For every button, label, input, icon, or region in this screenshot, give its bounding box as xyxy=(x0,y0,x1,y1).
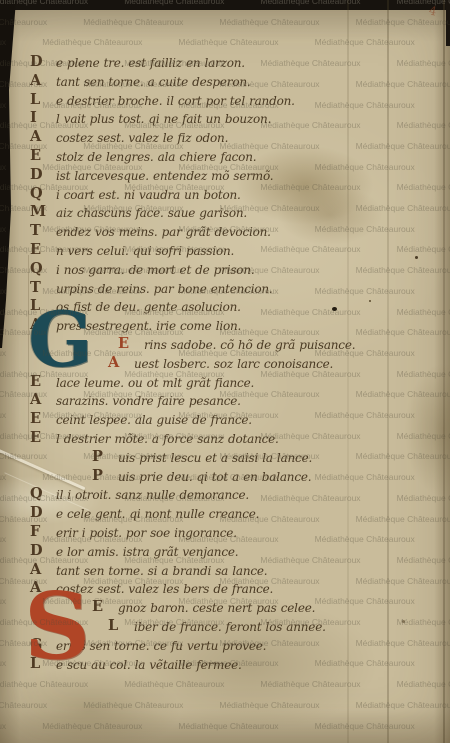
line-text: n vers celui. qui sofri passion. xyxy=(56,244,234,258)
line-initial: F xyxy=(30,523,56,540)
watermark-text: Médiathèque Châteauroux xyxy=(356,700,450,710)
line-initial: E xyxy=(30,429,56,446)
manuscript-line: Acostez sest. valez les bers de france. xyxy=(30,580,350,599)
ink-speck xyxy=(369,300,371,302)
watermark-text: Médiathèque Châteauroux xyxy=(0,721,6,731)
watermark-text: Médiathèque Châteauroux xyxy=(356,514,450,524)
line-initial: E xyxy=(92,598,118,615)
manuscript-line: Qi coart est. ni vaudra un boton. xyxy=(30,186,350,205)
line-initial: I xyxy=(30,109,56,126)
line-text: iber de france. feront los annee. xyxy=(134,620,326,634)
watermark-text: Médiathèque Châteauroux xyxy=(0,472,6,482)
scan-edge-right xyxy=(446,0,450,46)
watermark-text: Médiathèque Châteauroux xyxy=(356,17,450,27)
manuscript-line: Puis prie deu. qi tot a en balance. xyxy=(30,468,412,487)
line-initial: D xyxy=(30,504,56,521)
line-text: e destrier broche. il cort por tel rando… xyxy=(56,94,295,108)
line-text: tant sen torne. si a brandi sa lance. xyxy=(56,564,267,578)
line-text: erins sen torne. ce fu vertu provee. xyxy=(56,639,266,653)
line-text: e cele gent. qi nont nulle creance. xyxy=(56,507,259,521)
manuscript-line: Il vait plus tost. qi ne fait un bouzon. xyxy=(30,110,350,129)
watermark-text: Médiathèque Châteauroux xyxy=(397,182,450,192)
manuscript-line: Acostez sest. valez le fiz odon. xyxy=(30,129,350,148)
line-text: e scu au col. la vẽtaille fermee. xyxy=(56,658,242,672)
ink-speck xyxy=(415,256,418,259)
line-initial: E xyxy=(30,410,56,427)
manuscript-line: Erins sadobe. cõ hõ de grã puisance. xyxy=(30,336,438,355)
line-initial: A xyxy=(30,391,56,408)
line-text: costez sest. valez le fiz odon. xyxy=(56,131,228,145)
line-text: uest losberc. soz larc conoisance. xyxy=(134,357,333,371)
line-text: ceint lespee. ala guise de france. xyxy=(56,413,252,427)
line-text: os fist de deu. gente asolucion. xyxy=(56,300,241,314)
manuscript-line: Eceint lespee. ala guise de france. xyxy=(30,411,350,430)
line-text: ist larcevesque. entendez mõ sermõ. xyxy=(56,169,273,183)
line-text: tant sen torne. a cuite desperon. xyxy=(56,75,251,89)
manuscript-line: Liber de france. feront los annee. xyxy=(30,618,428,637)
manuscript-line: Egnoz baron. ceste nert pas celee. xyxy=(30,599,412,618)
line-initial: L xyxy=(108,617,134,634)
manuscript-line: El destrier mõte. a force sanz dotance. xyxy=(30,430,350,449)
line-initial: D xyxy=(30,542,56,559)
line-initial: D xyxy=(30,53,56,70)
line-text: erir i poist. por soe ingorance. xyxy=(56,526,237,540)
manuscript-line: Puis prist lescu et a saisi la lance. xyxy=(30,449,412,468)
line-initial: A xyxy=(30,316,56,333)
parchment-edge-crease xyxy=(443,0,445,743)
line-text: e lor amis. istra grãt venjance. xyxy=(56,545,238,559)
scan-edge-left xyxy=(0,0,16,348)
line-text: gnoz baron. ceste nert pas celee. xyxy=(118,601,315,615)
line-text: aiz chascuns face. saue garison. xyxy=(56,206,247,220)
line-text: i coart est. ni vaudra un boton. xyxy=(56,188,241,202)
line-text: pres sestregent. irie come lion. xyxy=(56,319,241,333)
watermark-text: Médiathèque Châteauroux xyxy=(397,493,450,503)
watermark-text: Médiathèque Châteauroux xyxy=(356,141,450,151)
line-initial: T xyxy=(30,222,56,239)
watermark-text: Médiathèque Châteauroux xyxy=(356,265,450,275)
line-text: sarazins. vondre faire pesance. xyxy=(56,394,241,408)
manuscript-line: Gerins sen torne. ce fu vertu provee. xyxy=(30,637,350,656)
margin-ruling-line xyxy=(28,255,29,440)
line-initial: Q xyxy=(30,260,56,277)
line-text: l destrier mõte. a force sanz dotance. xyxy=(56,432,279,446)
line-initial: Q xyxy=(30,185,56,202)
manuscript-line: Apres sestregent. irie come lion. xyxy=(30,317,350,336)
line-text: l vait plus tost. qi ne fait un bouzon. xyxy=(56,112,271,126)
line-text: costez sest. valez les bers de france. xyxy=(56,582,273,596)
watermark-text: Médiathèque Châteauroux xyxy=(397,679,450,689)
line-text: uis prist lescu et a saisi la lance. xyxy=(118,451,312,465)
watermark-text: Médiathèque Châteauroux xyxy=(0,596,6,606)
manuscript-line: Qi nos garra. de mort et de prison. xyxy=(30,261,350,280)
line-text: il i otroit. sanz nulle demorance. xyxy=(56,488,249,502)
manuscript-line: Elace leume. ou ot mlt grãt fiance. xyxy=(30,374,350,393)
line-text: rins sadobe. cõ hõ de grã puisance. xyxy=(144,338,355,352)
line-initial: L xyxy=(30,297,56,314)
watermark-text: Médiathèque Châteauroux xyxy=(397,307,450,317)
line-initial: E xyxy=(30,147,56,164)
line-text: lace leume. ou ot mlt grãt fiance. xyxy=(56,376,254,390)
manuscript-line: Atant sen torne. a cuite desperon. xyxy=(30,73,350,92)
line-initial: E xyxy=(30,241,56,258)
line-text: stolz de lengres. ala chiere facon. xyxy=(56,150,256,164)
line-initial: P xyxy=(92,448,118,465)
line-initial: Q xyxy=(30,485,56,502)
watermark-text: Médiathèque Châteauroux xyxy=(356,576,450,586)
watermark-text: Médiathèque Châteauroux xyxy=(397,555,450,565)
line-initial: A xyxy=(30,72,56,89)
manuscript-photo: De plene tre. est failliz en larzon.Atan… xyxy=(0,0,450,743)
line-initial: E xyxy=(30,373,56,390)
manuscript-line: En vers celui. qui sofri passion. xyxy=(30,242,350,261)
line-initial: A xyxy=(30,128,56,145)
line-initial: M xyxy=(30,203,56,220)
manuscript-line: Atant sen torne. si a brandi sa lance. xyxy=(30,562,350,581)
folio-corner-mark: 4 xyxy=(428,3,438,18)
manuscript-line: Los fist de deu. gente asolucion. xyxy=(30,298,350,317)
line-initial: L xyxy=(30,91,56,108)
text-block: De plene tre. est failliz en larzon.Atan… xyxy=(30,0,350,743)
manuscript-line: Ferir i poist. por soe ingorance. xyxy=(30,524,350,543)
watermark-text: Médiathèque Châteauroux xyxy=(356,203,450,213)
manuscript-line: Qil i otroit. sanz nulle demorance. xyxy=(30,486,350,505)
watermark-text: Médiathèque Châteauroux xyxy=(397,431,450,441)
watermark-text: Médiathèque Châteauroux xyxy=(0,658,6,668)
line-initial: D xyxy=(30,166,56,183)
line-text: i nos garra. de mort et de prison. xyxy=(56,263,254,277)
watermark-text: Médiathèque Châteauroux xyxy=(356,389,450,399)
line-initial: G xyxy=(30,636,56,653)
manuscript-line: Maiz chascuns face. saue garison. xyxy=(30,204,350,223)
manuscript-line: De cele gent. qi nont nulle creance. xyxy=(30,505,350,524)
line-initial: T xyxy=(30,279,56,296)
manuscript-line: De plene tre. est failliz en larzon. xyxy=(30,54,350,73)
line-initial: E xyxy=(118,335,144,352)
watermark-text: Médiathèque Châteauroux xyxy=(0,348,6,358)
line-text: urpins de reins. par bone entencion. xyxy=(56,282,273,296)
manuscript-line: De lor amis. istra grãt venjance. xyxy=(30,543,350,562)
watermark-text: Médiathèque Châteauroux xyxy=(397,58,450,68)
line-text: e plene tre. est failliz en larzon. xyxy=(56,56,245,70)
line-initial: P xyxy=(92,467,118,484)
line-initial: A xyxy=(30,579,56,596)
manuscript-line: Le destrier broche. il cort por tel rand… xyxy=(30,92,350,111)
manuscript-line: Dist larcevesque. entendez mõ sermõ. xyxy=(30,167,350,186)
line-text: endez vos meins. par grãt devocion. xyxy=(56,225,271,239)
manuscript-line: Estolz de lengres. ala chiere facon. xyxy=(30,148,350,167)
manuscript-line: Tendez vos meins. par grãt devocion. xyxy=(30,223,350,242)
manuscript-line: Asarazins. vondre faire pesance. xyxy=(30,392,350,411)
watermark-text: Médiathèque Châteauroux xyxy=(0,410,6,420)
watermark-text: Médiathèque Châteauroux xyxy=(397,244,450,254)
watermark-text: Médiathèque Châteauroux xyxy=(356,79,450,89)
line-initial: L xyxy=(30,655,56,672)
line-text: uis prie deu. qi tot a en balance. xyxy=(118,470,311,484)
watermark-text: Médiathèque Châteauroux xyxy=(356,638,450,648)
watermark-text: Médiathèque Châteauroux xyxy=(397,120,450,130)
manuscript-line: Turpins de reins. par bone entencion. xyxy=(30,280,350,299)
line-initial: A xyxy=(30,561,56,578)
manuscript-line: Le scu au col. la vẽtaille fermee. xyxy=(30,656,350,675)
watermark-text: Médiathèque Châteauroux xyxy=(0,534,6,544)
line-initial: A xyxy=(108,354,134,371)
manuscript-line: Auest losberc. soz larc conoisance. xyxy=(30,355,428,374)
